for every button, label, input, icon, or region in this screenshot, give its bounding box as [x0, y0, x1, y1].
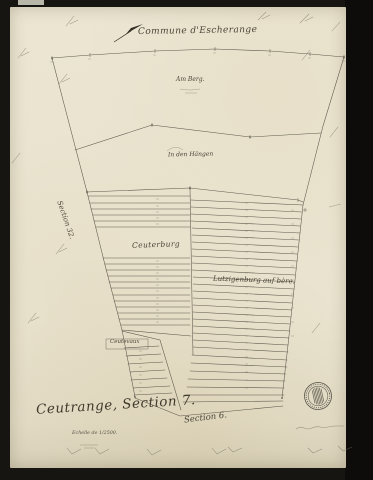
left-block-bottom-edge — [122, 330, 191, 336]
illegible-note-squiggle — [296, 426, 344, 429]
strip-block-top-edge — [87, 188, 303, 202]
place-label-ceutevaux: Ceutevaux — [110, 340, 140, 346]
place-label-in-den-haengen: In den Hängen — [168, 152, 213, 159]
interior-line-a — [75, 125, 321, 150]
archive-stamp-icon — [302, 380, 334, 412]
scale-label: Echelle de 1/2500. — [72, 432, 117, 437]
survey-tick-marks — [52, 47, 344, 212]
strip-divider — [190, 188, 193, 355]
place-label-am-berg: Am Berg. — [176, 77, 205, 83]
block-left-edge — [87, 192, 135, 397]
boundary-line-right — [282, 57, 344, 398]
scanned-cadastral-map: Commune d'Escherange Am Berg. In den Hän… — [0, 0, 373, 480]
place-label-ceuterburg: Ceuterburg — [132, 240, 180, 249]
illegible-parcel-numbers — [50, 53, 345, 448]
left-strip-rows — [88, 196, 190, 325]
fan-strip-rows — [183, 355, 287, 402]
boundary-line-top — [52, 49, 344, 58]
small-block-dividers — [124, 346, 172, 395]
